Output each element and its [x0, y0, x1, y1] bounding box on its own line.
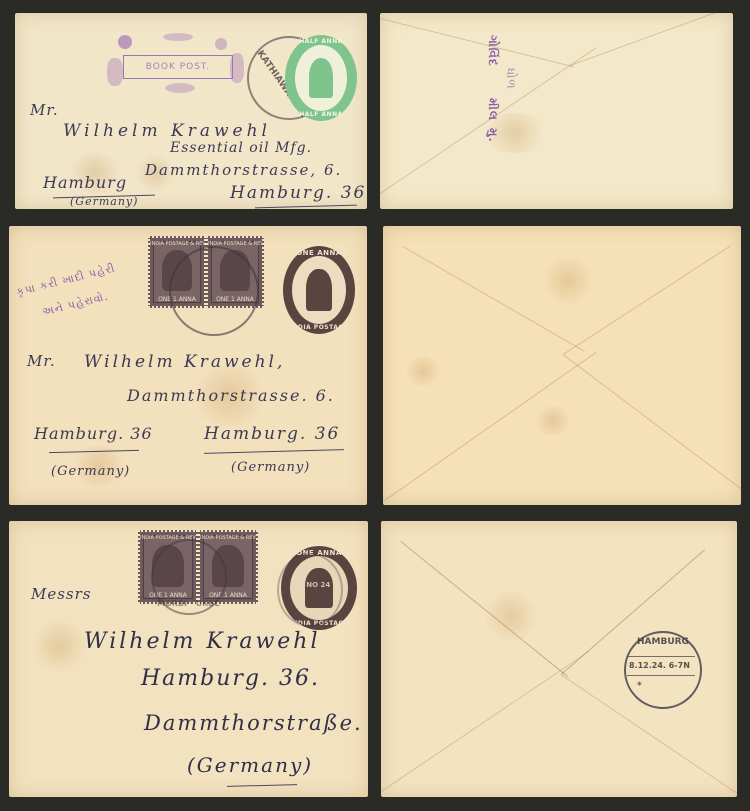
address-left-country: (Germany): [51, 464, 130, 479]
hamburg-postmark-date: 8.12.24. 6-7N: [629, 661, 690, 670]
address-country: (Germany): [231, 460, 310, 475]
stamp-postmark: [169, 246, 259, 336]
cover-3-front: INDIA POSTAGE & REVENUE ONE 1 ANNA INDIA…: [9, 521, 368, 797]
cover-2-back: [383, 226, 741, 505]
cover-1-back: ગોવિંદ ધોળ મીલ મુ.: [380, 13, 733, 209]
address-line-2: Essential oil Mfg.: [170, 140, 312, 156]
indicium-postmark-date: 3 NO 24: [299, 581, 330, 589]
indicium-bottom-text: HALF ANNA: [285, 111, 357, 118]
indicium-top-text: HALF ANNA: [285, 38, 357, 45]
address-left-city: Hamburg: [43, 173, 127, 192]
address-city: Hamburg. 36.: [141, 666, 320, 691]
salutation: Messrs: [31, 585, 92, 603]
handstamp-line-2: ધોળ: [503, 68, 518, 90]
handstamp-line-1: ગોવિંદ: [485, 35, 500, 67]
address-country: (Germany): [187, 753, 313, 777]
handstamp-line-4: મુ.: [485, 128, 500, 143]
half-anna-indicium: HALF ANNA HALF ANNA: [285, 35, 357, 121]
indicium-bottom-text: INDIA POSTAGE: [283, 324, 355, 331]
address-left-city: Hamburg. 36: [34, 424, 153, 443]
khadi-cachet-line-2: અને પહેરાવો.: [41, 290, 110, 320]
book-post-label: BOOK POST.: [123, 55, 233, 79]
address-street: Dammthorstraße.: [144, 711, 363, 735]
indicium-postmark: [277, 553, 343, 627]
address-left-country: (Germany): [70, 195, 138, 208]
salutation: Mr.: [30, 101, 59, 119]
address-street: Dammthorstrasse, 6.: [145, 161, 342, 179]
addressee-name: Wilhelm Krawehl: [63, 121, 271, 141]
one-anna-indicium: ONE ANNA INDIA POSTAGE: [283, 246, 355, 334]
address-city: Hamburg. 36: [204, 424, 340, 444]
cover-2-front: કૃપા કરી ખાદી પહેરી અને પહેરાવો. INDIA P…: [9, 226, 367, 505]
hamburg-postmark-city: HAMBURG: [637, 637, 689, 647]
stamp-postmark-text: MORBI · UKBL: [157, 599, 220, 608]
salutation: Mr.: [27, 352, 56, 370]
cover-3-back: HAMBURG 8.12.24. 6-7N *: [381, 521, 737, 797]
addressee-name: Wilhelm Krawehl,: [84, 352, 285, 372]
hamburg-postmark-bottom: *: [637, 681, 642, 691]
address-street: Dammthorstrasse. 6.: [127, 386, 335, 405]
handstamp-line-3: મીલ: [485, 98, 500, 121]
address-city: Hamburg. 36: [230, 183, 366, 203]
indicium-top-text: ONE ANNA: [283, 249, 355, 257]
cover-1-front: BOOK POST. KATHIAWAR DT. HALF ANNA HALF …: [15, 13, 367, 209]
addressee-name: Wilhelm Krawehl: [84, 629, 321, 654]
